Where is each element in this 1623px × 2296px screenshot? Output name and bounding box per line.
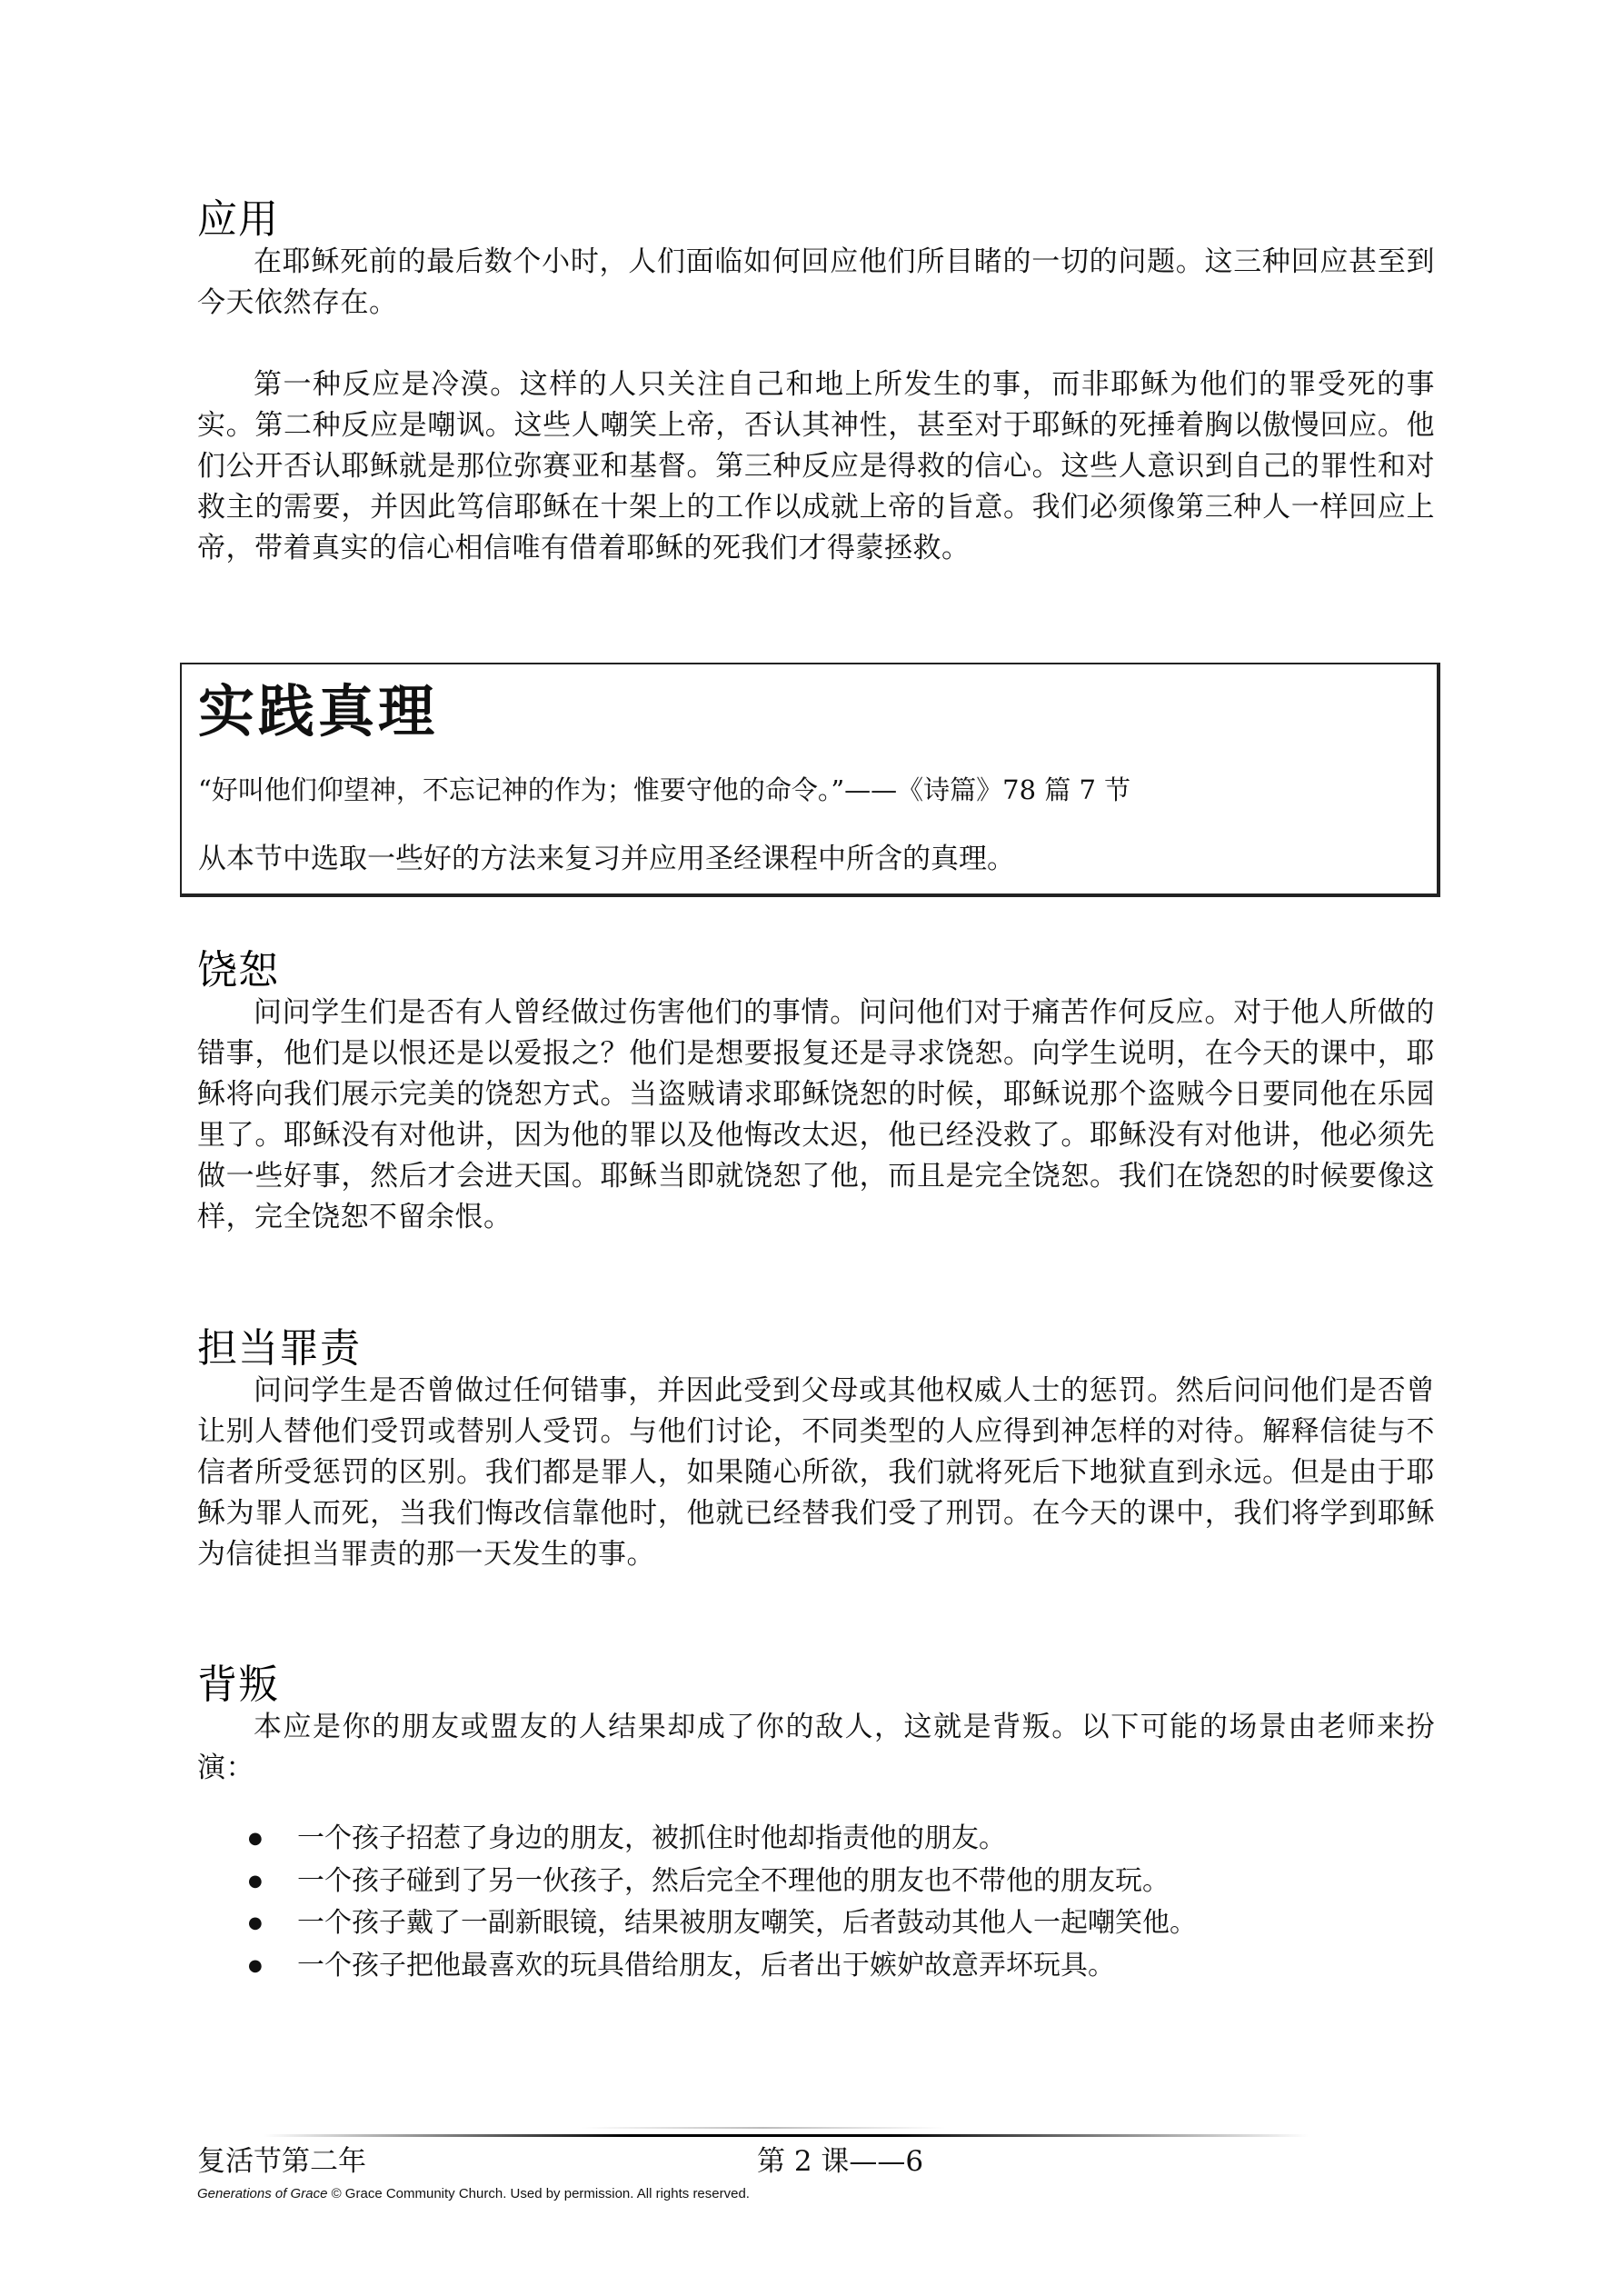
copyright-notice: Generations of Grace © Grace Community C…: [197, 2185, 750, 2203]
footer-page-number: 第 2 课——6: [757, 2143, 923, 2180]
betrayal-paragraph: 本应是你的朋友或盟友的人结果却成了你的敌人，这就是背叛。以下可能的场景由老师来扮…: [197, 1707, 1435, 1789]
practice-truth-box: 实践真理 “好叫他们仰望神，不忘记神的作为；惟要守他的命令。”——《诗篇》78 …: [180, 663, 1440, 897]
scripture-quote: “好叫他们仰望神，不忘记神的作为；惟要守他的命令。”——《诗篇》78 篇 7 节: [198, 772, 1130, 808]
footer-divider: [264, 2134, 1309, 2137]
heading-application: 应用: [197, 195, 279, 245]
forgiveness-paragraph: 问问学生们是否有人曾经做过伤害他们的事情。问问他们对于痛苦作何反应。对于他人所做…: [197, 993, 1435, 1238]
betrayal-scenarios-list: 一个孩子招惹了身边的朋友，被抓住时他却指责他的朋友。 一个孩子碰到了另一伙孩子，…: [197, 1818, 1197, 1987]
list-item: 一个孩子把他最喜欢的玩具借给朋友，后者出于嫉妒故意弄坏玩具。: [197, 1945, 1197, 1988]
heading-betrayal: 背叛: [197, 1660, 279, 1711]
heading-forgiveness: 饶恕: [197, 945, 279, 996]
bearing-guilt-paragraph: 问问学生是否曾做过任何错事，并因此受到父母或其他权威人士的惩罚。然后问问他们是否…: [197, 1371, 1435, 1575]
practice-truth-title: 实践真理: [198, 675, 438, 748]
practice-instruction: 从本节中选取一些好的方法来复习并应用圣经课程中所含的真理。: [198, 841, 1015, 877]
footer-divider-highlight: [582, 2127, 945, 2129]
list-item: 一个孩子戴了一副新眼镜，结果被朋友嘲笑，后者鼓动其他人一起嘲笑他。: [197, 1902, 1197, 1945]
application-paragraph-2: 第一种反应是冷漠。这样的人只关注自己和地上所发生的事，而非耶稣为他们的罪受死的事…: [197, 364, 1435, 569]
list-item: 一个孩子碰到了另一伙孩子，然后完全不理他的朋友也不带他的朋友玩。: [197, 1861, 1197, 1903]
list-item: 一个孩子招惹了身边的朋友，被抓住时他却指责他的朋友。: [197, 1818, 1197, 1861]
document-page: 应用 在耶稣死前的最后数个小时，人们面临如何回应他们所目睹的一切的问题。这三种回…: [0, 0, 1623, 2296]
heading-bearing-guilt: 担当罪责: [197, 1323, 361, 1374]
copyright-title: Generations of Grace: [197, 2186, 327, 2201]
copyright-text: © Grace Community Church. Used by permis…: [327, 2186, 750, 2201]
footer-series-title: 复活节第二年: [197, 2143, 366, 2180]
application-paragraph-1: 在耶稣死前的最后数个小时，人们面临如何回应他们所目睹的一切的问题。这三种回应甚至…: [197, 242, 1435, 324]
